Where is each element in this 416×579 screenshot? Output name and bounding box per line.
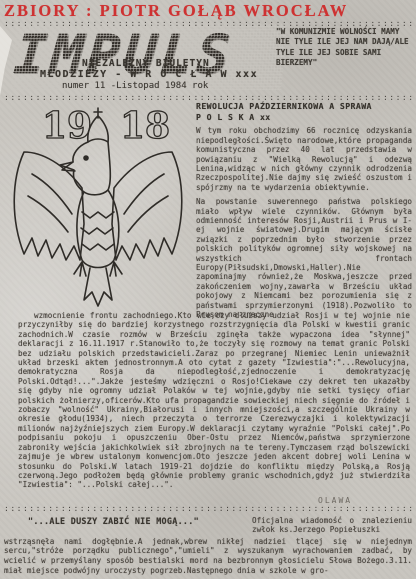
eagle-tail: [84, 268, 112, 306]
eagle-drawing-svg: 19 18: [2, 104, 194, 310]
scanned-bulletin-page: ZBIORY : PIOTR GOŁĄB WROCŁAW :::::::::::…: [0, 0, 416, 579]
eagle-year-left: 19: [42, 105, 92, 147]
paper-tear: [0, 26, 12, 96]
eagle-eye: [84, 156, 88, 160]
collection-stamp: ZBIORY : PIOTR GOŁĄB WROCŁAW: [4, 1, 404, 21]
body-chevron-1: [82, 212, 114, 218]
right-claw: [110, 262, 122, 276]
article1-paragraph-1: W tym roku obchodzimy 66 rocznicę odzysk…: [196, 126, 412, 192]
second-article-header-row: "...ALE DUSZY ZABIĆ NIE MOGĄ..." Oficjal…: [4, 516, 412, 535]
article1-title-line1: REWOLUCJA PAŹDZIERNIKOWA A SPRAWA: [196, 101, 372, 111]
masthead-issue-line: numer 11 -Listopad 1984 rok: [62, 81, 208, 91]
masthead-subtitle-line1: NIEZALEŻNY BIULETYN: [82, 58, 210, 69]
second-article: "...ALE DUSZY ZABIĆ NIE MOGĄ..." Oficjal…: [4, 516, 412, 575]
eagle-year-right: 18: [120, 105, 170, 147]
eagle-head: [60, 142, 110, 195]
dotted-separator-low: ::::::::::::::::::::::::::::::::::::::::…: [4, 505, 412, 513]
article2-intro: Oficjalna wiadomość o znalezieniu zwłok …: [252, 516, 412, 535]
separator-dots: ::::::::::::::::::::::::::::::::::::::::…: [4, 505, 412, 513]
article1-continuation: wzmocnienie frontu zachodniego.Kto wie,c…: [6, 311, 410, 499]
masthead-motto: "W KOMUNIZMIE WOLNOŚCI MAMY NIE TYLE ILE…: [276, 27, 412, 68]
article1-title-line2: P O L S K A xx: [196, 112, 271, 122]
article1-title: REWOLUCJA PAŹDZIERNIKOWA A SPRAWAP O L S…: [196, 101, 412, 122]
article1-paragraph-2: Na powstanie suwerennego państwa polskie…: [196, 197, 412, 319]
body-chevron-3: [82, 244, 114, 250]
masthead-subtitle-line2: MŁODZIEŻY - W R O C Ł A W xxx: [40, 69, 258, 80]
eagle-illustration: 19 18: [2, 104, 194, 310]
left-wing: [14, 152, 84, 260]
body-chevron-2: [81, 228, 113, 234]
left-wing-feathers: [28, 174, 72, 232]
article2-title: "...ALE DUSZY ZABIĆ NIE MOGĄ...": [4, 516, 252, 535]
left-claw: [74, 262, 86, 276]
article-column: REWOLUCJA PAŹDZIERNIKOWA A SPRAWAP O L S…: [196, 101, 412, 311]
right-wing-feathers: [124, 174, 168, 232]
author-signature: OLAWA: [318, 496, 352, 505]
right-wing: [112, 152, 182, 260]
article2-body: wstrząsnęła nami dogłębnie.A jednak,wbre…: [4, 537, 412, 575]
